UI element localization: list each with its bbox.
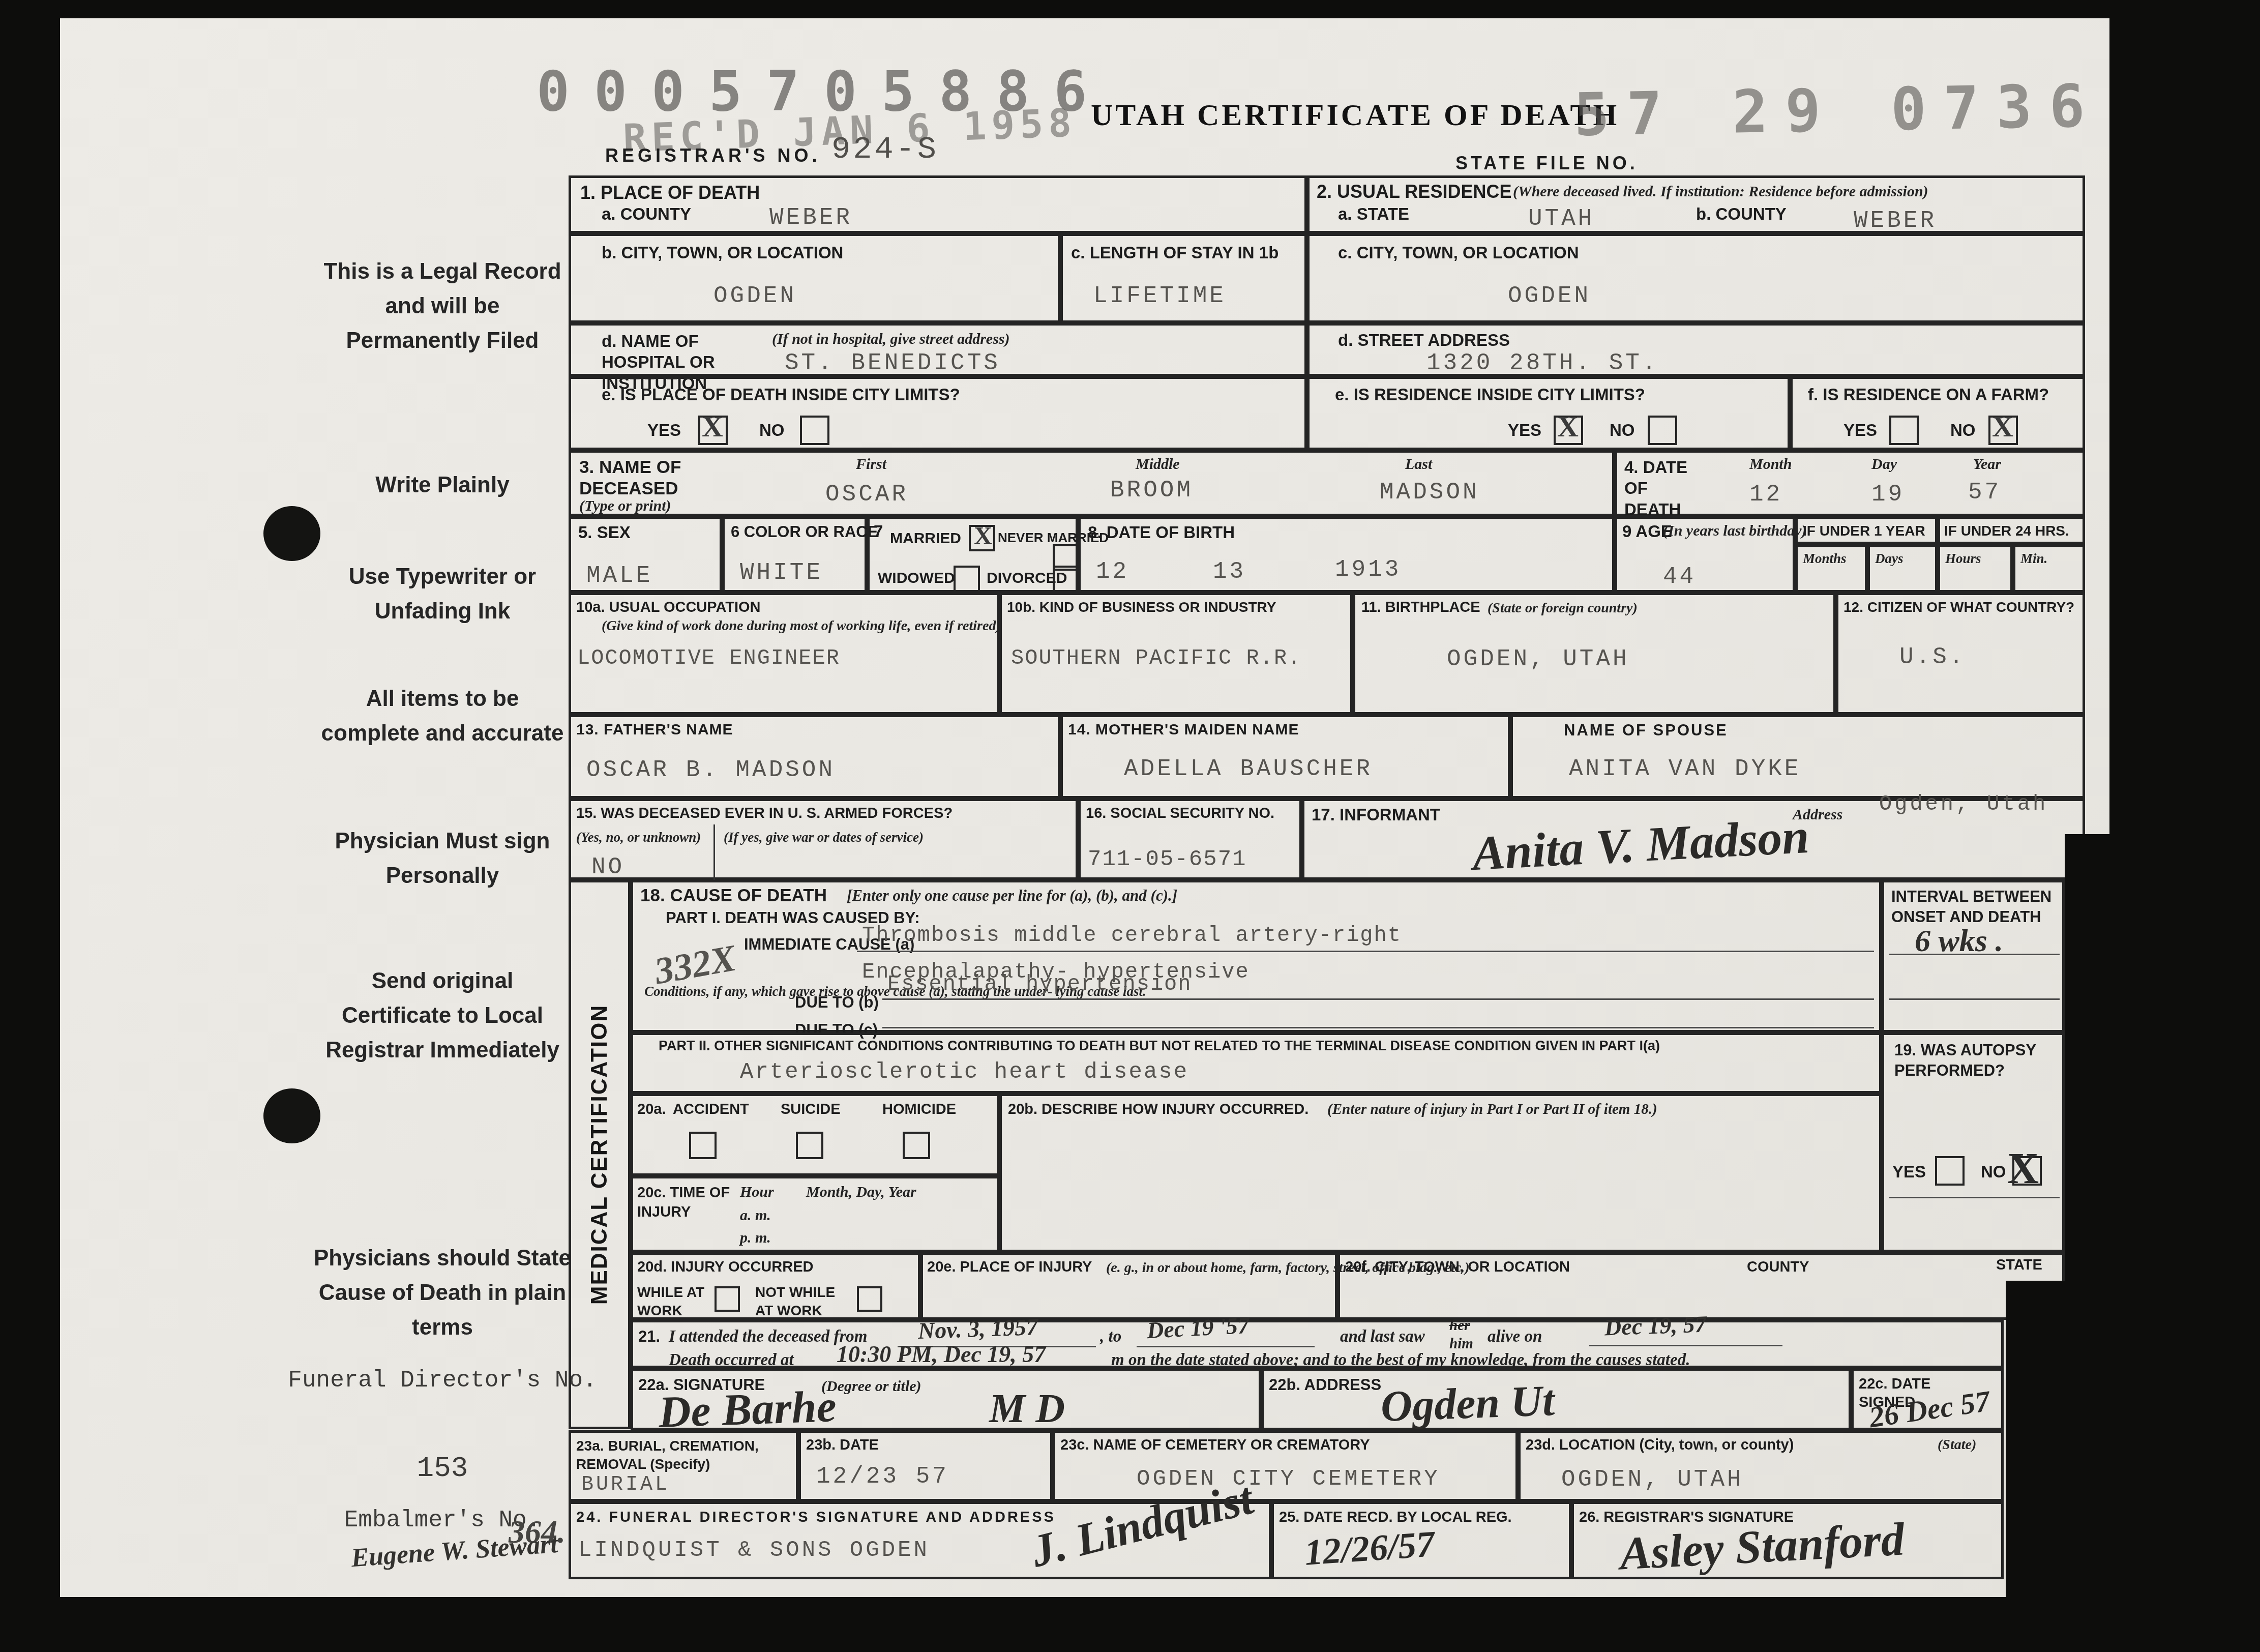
field-18-interval-label: INTERVAL BETWEEN ONSET AND DEATH <box>1891 887 2059 928</box>
field-18-part2-value: Arteriosclerotic heart disease <box>740 1059 1188 1085</box>
field-1c-length-of-stay: c. LENGTH OF STAY IN 1b LIFETIME <box>1060 233 1307 323</box>
field-22a-degree-value: M D <box>989 1386 1065 1432</box>
field-21-from-value: Nov. 3, 1957 <box>917 1313 1038 1344</box>
field-11-value: OGDEN, UTAH <box>1447 646 1629 672</box>
field-19-yes-checkbox <box>1935 1156 1965 1186</box>
field-2f-no-label: NO <box>1950 421 1976 440</box>
field-23c-label: 23c. NAME OF CEMETERY OR CREMATORY <box>1060 1437 1370 1454</box>
field-8-date-of-birth: 8. DATE OF BIRTH 12 13 1913 <box>1078 516 1615 593</box>
field-1e-no-label: NO <box>759 421 785 440</box>
field-3-note: (Type or print) <box>579 497 671 515</box>
scan-edge-left <box>0 0 60 1652</box>
field-25-label: 25. DATE RECD. BY LOCAL REG. <box>1279 1509 1512 1526</box>
field-10a-occupation: 10a. USUAL OCCUPATION (Give kind of work… <box>569 593 999 715</box>
field-2a-value: UTAH <box>1528 205 1594 232</box>
field-23a-burial: 23a. BURIAL, CREMATION, REMOVAL (Specify… <box>569 1430 798 1501</box>
field-23b-value: 12/23 57 <box>816 1463 949 1490</box>
field-20b-label: 20b. DESCRIBE HOW INJURY OCCURRED. <box>1008 1101 1309 1118</box>
field-10a-value: LOCOMOTIVE ENGINEER <box>577 646 840 670</box>
punch-hole-bottom <box>263 1088 320 1143</box>
field-19-no-checkbox: X <box>2012 1156 2042 1186</box>
field-22b-address: 22b. ADDRESS Ogden Ut <box>1261 1368 1851 1430</box>
field-11-note: (State or foreign country) <box>1488 600 1638 616</box>
field-1e-yes-checkbox: X <box>698 416 728 445</box>
field-20a-accident-checkbox <box>689 1132 717 1159</box>
field-2-note: (Where deceased lived. If institution: R… <box>1513 183 1928 200</box>
field-20e-note: (e. g., in or about home, farm, factory,… <box>954 1259 1330 1277</box>
field-7-married-label: MARRIED <box>890 530 961 547</box>
margin-physician-sign: Physician Must sign Personally <box>315 824 570 893</box>
field-21-to-word: , to <box>1100 1327 1121 1346</box>
field-9-days: Days <box>1867 544 1938 593</box>
field-23c-cemetery: 23c. NAME OF CEMETERY OR CREMATORY OGDEN… <box>1053 1430 1518 1501</box>
field-4-year-label: Year <box>1973 456 2001 473</box>
field-25-value: 12/26/57 <box>1303 1523 1436 1574</box>
field-21-attended: 21. I attended the deceased from Nov. 3,… <box>631 1320 2004 1368</box>
field-2e-no-label: NO <box>1610 421 1635 440</box>
field-19-no-label: NO <box>1981 1162 2006 1182</box>
field-21-death-post: m on the date stated above; and to the b… <box>1111 1351 1690 1370</box>
field-1a-place-of-death: 1. PLACE OF DEATH a. COUNTY WEBER <box>569 175 1307 233</box>
funeral-directors-no-value: 153 <box>285 1447 600 1490</box>
field-20c-hour-label: Hour <box>740 1184 774 1201</box>
field-1d-hospital: d. NAME OF HOSPITAL OR INSTITUTION (If n… <box>569 323 1307 376</box>
field-3-title: 3. NAME OF DECEASED <box>579 457 711 499</box>
field-1e-yes-label: YES <box>647 421 681 440</box>
field-20b-describe-injury: 20b. DESCRIBE HOW INJURY OCCURRED. (Ente… <box>999 1094 1882 1252</box>
field-20a-homicide-label: HOMICIDE <box>882 1101 956 1118</box>
death-certificate-scan: 0005705886 REC'D JAN 6 1958 UTAH CERTIFI… <box>0 0 2260 1652</box>
registrars-no-label: REGISTRAR'S NO. <box>605 145 821 166</box>
field-1a-label: a. COUNTY <box>602 204 691 224</box>
field-2f-yes-label: YES <box>1843 421 1877 440</box>
field-21-lastseen-underline <box>1589 1345 1782 1346</box>
field-9-months-label: Months <box>1803 551 1847 567</box>
field-18-cause-a-line1: Thrombosis middle cerebral artery-right <box>862 923 1402 948</box>
margin-write-plainly: Write Plainly <box>315 468 570 503</box>
field-1b-city: b. CITY, TOWN, OR LOCATION OGDEN <box>569 233 1060 323</box>
field-1e-no-checkbox <box>800 416 829 445</box>
field-18-cause-a-underline <box>857 951 1874 952</box>
field-15-note2: (If yes, give war or dates of service) <box>724 830 924 845</box>
field-18-cause-b-underline <box>882 998 1874 1000</box>
field-20a-accident-label: ACCIDENT <box>673 1101 749 1118</box>
field-20f-injury-location: 20f. CITY, TOWN, OR LOCATION COUNTY STAT… <box>1337 1252 2065 1320</box>
field-8-month-value: 12 <box>1096 558 1129 585</box>
field-3-name-of-deceased: 3. NAME OF DECEASED (Type or print) Firs… <box>569 450 1615 516</box>
field-1b-value: OGDEN <box>713 283 796 309</box>
field-20d-while-checkbox <box>715 1286 740 1312</box>
margin-complete: All items to be complete and accurate <box>315 682 570 751</box>
field-14-mother: 14. MOTHER'S MAIDEN NAME ADELLA BAUSCHER <box>1060 715 1510 799</box>
field-9-min: Min. <box>2013 544 2085 593</box>
field-14-label: 14. MOTHER'S MAIDEN NAME <box>1068 721 1299 739</box>
field-23a-value: BURIAL <box>581 1473 670 1496</box>
field-20d-notwhile-checkbox <box>857 1286 882 1312</box>
field-19-yes-label: YES <box>1892 1162 1926 1182</box>
field-12-label: 12. CITIZEN OF WHAT COUNTRY? <box>1843 599 2074 615</box>
field-4-month-value: 12 <box>1749 481 1782 508</box>
field-1e-city-limits: e. IS PLACE OF DEATH INSIDE CITY LIMITS?… <box>569 376 1307 450</box>
scan-edge-bottom <box>0 1597 2260 1652</box>
field-2c-label: c. CITY, TOWN, OR LOCATION <box>1338 243 1579 262</box>
field-1b-label: b. CITY, TOWN, OR LOCATION <box>602 243 843 262</box>
field-9-months: Months <box>1795 544 1867 593</box>
field-21-him-text: him <box>1449 1336 1473 1352</box>
field-22b-label: 22b. ADDRESS <box>1269 1376 1381 1394</box>
field-25-date-received: 25. DATE RECD. BY LOCAL REG. 12/26/57 <box>1271 1501 1571 1579</box>
field-18-interval: INTERVAL BETWEEN ONSET AND DEATH 6 wks . <box>1882 880 2065 1032</box>
field-2e-yes-label: YES <box>1508 421 1541 440</box>
field-23d-location: 23d. LOCATION (City, town, or county) (S… <box>1518 1430 2004 1501</box>
field-20d-label: 20d. INJURY OCCURRED <box>637 1259 813 1276</box>
field-21-lastseen-value: Dec 19, 57 <box>1604 1311 1707 1341</box>
field-2e-yes-mark: X <box>1553 409 1583 444</box>
field-18-cause-of-death: 18. CAUSE OF DEATH [Enter only one cause… <box>631 880 1882 1032</box>
punch-hole-top <box>263 506 320 561</box>
field-23b-date: 23b. DATE 12/23 57 <box>798 1430 1053 1501</box>
field-9-hours: Hours <box>1938 544 2013 593</box>
field-2e-no-checkbox <box>1648 416 1677 445</box>
field-4-date-of-death: 4. DATE OF DEATH Month Day Year 12 19 57 <box>1615 450 2085 516</box>
field-16-ssn: 16. SOCIAL SECURITY NO. 711-05-6571 <box>1078 799 1302 880</box>
medical-certification-label: MEDICAL CERTIFICATION <box>587 1005 612 1305</box>
field-17-address-value: Ogden, Utah <box>1879 792 2048 816</box>
field-22b-value: Ogden Ut <box>1380 1375 1555 1432</box>
field-9-note: (In years last birthday) <box>1663 522 1790 540</box>
field-11-birthplace: 11. BIRTHPLACE (State or foreign country… <box>1353 593 1836 715</box>
field-21-her-crossed: her <box>1449 1317 1470 1334</box>
field-15-label: 15. WAS DECEASED EVER IN U. S. ARMED FOR… <box>576 805 953 822</box>
field-20c-label: 20c. TIME OF INJURY <box>637 1184 734 1222</box>
field-10a-label: 10a. USUAL OCCUPATION <box>576 599 761 616</box>
field-9-under24-label: IF UNDER 24 HRS. <box>1944 523 2069 539</box>
scan-edge-top <box>0 0 2260 18</box>
field-20e-place-of-injury: 20e. PLACE OF INJURY (e. g., in or about… <box>920 1252 1337 1320</box>
field-7-married-mark: X <box>968 521 998 550</box>
field-18-conditions-note: Conditions, if any, which gave rise to a… <box>644 983 789 1000</box>
field-20d-injury-occurred: 20d. INJURY OCCURRED WHILE AT WORK NOT W… <box>631 1252 920 1320</box>
field-1d-value: ST. BENEDICTS <box>785 350 1000 376</box>
field-20a-suicide-label: SUICIDE <box>781 1101 841 1118</box>
field-19-underline <box>1889 1197 2060 1198</box>
field-2f-farm: f. IS RESIDENCE ON A FARM? YES NO X <box>1790 376 2085 450</box>
field-8-year-value: 1913 <box>1335 556 1401 583</box>
field-7-marital-status: 7 MARRIED X NEVER MARRIED WIDOWED DIVORC… <box>867 516 1078 593</box>
field-9-under-24-hrs: IF UNDER 24 HRS. <box>1938 516 2085 544</box>
field-9-value: 44 <box>1663 564 1696 590</box>
field-20f-label: 20f. CITY, TOWN, OR LOCATION <box>1345 1259 1570 1276</box>
field-10b-value: SOUTHERN PACIFIC R.R. <box>1011 646 1301 670</box>
field-9-age: 9 AGE (In years last birthday) 44 <box>1615 516 1795 593</box>
field-15-armed-forces: 15. WAS DECEASED EVER IN U. S. ARMED FOR… <box>569 799 1078 880</box>
field-22c-date-signed: 22c. DATE SIGNED 26 Dec 57 <box>1851 1368 2004 1430</box>
field-20b-note: (Enter nature of injury in Part I or Par… <box>1327 1101 1657 1118</box>
field-7-divorced-checkbox <box>1053 566 1079 592</box>
field-18-cause-c-underline <box>882 1027 1874 1028</box>
field-4-year-value: 57 <box>1968 479 2001 506</box>
certificate-title: UTAH CERTIFICATE OF DEATH <box>1091 98 1619 133</box>
field-2b-value: WEBER <box>1854 208 1937 234</box>
field-16-value: 711-05-6571 <box>1088 847 1246 872</box>
field-6-value: WHITE <box>740 559 823 586</box>
field-3-first-label: First <box>856 456 886 473</box>
field-17-informant: 17. INFORMANT Address Ogden, Utah Anita … <box>1302 799 2085 880</box>
field-15-note1: (Yes, no, or unknown) <box>576 830 701 845</box>
field-5-sex: 5. SEX MALE <box>569 516 722 593</box>
field-spouse-value: ANITA VAN DYKE <box>1569 756 1801 782</box>
field-1e-label: e. IS PLACE OF DEATH INSIDE CITY LIMITS? <box>602 385 960 404</box>
field-3-last-value: MADSON <box>1380 479 1479 506</box>
field-5-value: MALE <box>586 563 652 589</box>
field-21-death-pre: Death occurred at <box>669 1351 794 1370</box>
field-17-label: 17. INFORMANT <box>1312 805 1440 824</box>
field-20a-homicide-checkbox <box>903 1132 930 1159</box>
field-23d-value: OGDEN, UTAH <box>1561 1466 1744 1493</box>
state-file-number-stamp: 57 29 0736 <box>1573 72 2103 150</box>
field-2ab-residence: 2. USUAL RESIDENCE (Where deceased lived… <box>1307 175 2085 233</box>
field-2f-yes-checkbox <box>1889 416 1919 445</box>
field-17-informant-signature: Anita V. Madson <box>1471 808 1810 882</box>
field-7-widowed-checkbox <box>954 566 980 592</box>
field-2a-label: a. STATE <box>1338 204 1409 224</box>
field-18-interval-line1 <box>1889 954 2060 955</box>
field-23b-label: 23b. DATE <box>806 1437 879 1454</box>
field-4-title: 4. DATE OF DEATH <box>1624 457 1701 520</box>
field-19-label: 19. WAS AUTOPSY PERFORMED? <box>1894 1040 2057 1081</box>
field-22a-degree-note: (Degree or title) <box>821 1378 921 1395</box>
field-9-hours-label: Hours <box>1945 551 1981 567</box>
field-7-widowed-label: WIDOWED <box>878 570 955 587</box>
field-8-day-value: 13 <box>1213 558 1246 585</box>
field-23d-state-note: (State) <box>1938 1437 1976 1453</box>
field-15-value: NO <box>591 854 625 880</box>
funeral-directors-no-label: Funeral Director's No. <box>285 1363 600 1398</box>
field-8-label: 8. DATE OF BIRTH <box>1088 523 1235 542</box>
field-2b-label: b. COUNTY <box>1696 204 1787 224</box>
field-13-label: 13. FATHER'S NAME <box>576 721 733 739</box>
field-20d-notwhile-label: NOT WHILE AT WORK <box>755 1283 847 1320</box>
field-9-under1-label: IF UNDER 1 YEAR <box>1803 523 1925 539</box>
state-file-no-label: STATE FILE NO. <box>1455 153 1638 174</box>
field-1c-label: c. LENGTH OF STAY IN 1b <box>1071 243 1278 262</box>
field-20a-number: 20a. <box>637 1101 666 1118</box>
field-3-middle-value: BROOM <box>1110 477 1193 504</box>
field-21-to-value: Dec 19 '57 <box>1146 1312 1250 1344</box>
field-2c-value: OGDEN <box>1508 283 1591 309</box>
field-12-citizen: 12. CITIZEN OF WHAT COUNTRY? U.S. <box>1836 593 2085 715</box>
field-18-part2: PART II. OTHER SIGNIFICANT CONDITIONS CO… <box>631 1032 1882 1094</box>
field-2f-no-mark: X <box>1987 409 2018 444</box>
field-3-first-value: OSCAR <box>825 481 908 508</box>
field-19-no-mark: X <box>2007 1143 2038 1194</box>
field-23a-label: 23a. BURIAL, CREMATION, REMOVAL (Specify… <box>576 1437 780 1474</box>
field-16-label: 16. SOCIAL SECURITY NO. <box>1086 805 1274 822</box>
margin-legal-record: This is a Legal Record and will be Perma… <box>315 254 570 359</box>
field-2-title: 2. USUAL RESIDENCE <box>1317 181 1511 202</box>
field-20f-state-label: STATE <box>1996 1257 2042 1274</box>
field-15-divider <box>713 824 715 880</box>
field-7-married-checkbox: X <box>969 525 995 551</box>
field-21-death-time-value: 10:30 PM, Dec 19, 57 <box>837 1341 1046 1368</box>
field-1c-value: LIFETIME <box>1093 283 1226 309</box>
field-4-day-label: Day <box>1871 456 1897 473</box>
registrars-no-value: 924-S <box>831 131 939 167</box>
field-23d-label: 23d. LOCATION (City, town, or county) <box>1526 1437 1794 1454</box>
field-14-value: ADELLA BAUSCHER <box>1124 756 1373 782</box>
field-18-label: 18. CAUSE OF DEATH <box>640 886 827 906</box>
field-3-last-label: Last <box>1405 456 1432 473</box>
field-24-funeral-director: 24. FUNERAL DIRECTOR'S SIGNATURE AND ADD… <box>569 1501 1271 1579</box>
field-9-min-label: Min. <box>2020 551 2047 567</box>
field-spouse-label: NAME OF SPOUSE <box>1564 721 1728 740</box>
field-9-under-1-year: IF UNDER 1 YEAR <box>1795 516 1938 544</box>
field-3-middle-label: Middle <box>1136 456 1180 473</box>
field-2e-city-limits: e. IS RESIDENCE INSIDE CITY LIMITS? YES … <box>1307 376 1790 450</box>
field-4-day-value: 19 <box>1871 481 1905 508</box>
field-18-due-b-label: DUE TO (b) <box>795 993 879 1012</box>
field-2e-yes-checkbox: X <box>1554 416 1583 445</box>
field-spouse: NAME OF SPOUSE ANITA VAN DYKE <box>1510 715 2085 799</box>
field-1-title: 1. PLACE OF DEATH <box>580 182 760 203</box>
field-5-label: 5. SEX <box>578 523 631 542</box>
field-2f-no-checkbox: X <box>1988 416 2018 445</box>
margin-typewriter: Use Typewriter or Unfading Ink <box>315 559 570 629</box>
field-18-interval-line2 <box>1889 998 2060 1000</box>
scan-edge-corner <box>2006 1281 2260 1652</box>
field-20a-accident: 20a. ACCIDENT SUICIDE HOMICIDE <box>631 1094 999 1176</box>
field-21-number: 21. <box>638 1327 660 1346</box>
field-2d-value: 1320 28TH. ST. <box>1426 350 1658 376</box>
field-21-mid-text: and last saw <box>1340 1327 1425 1346</box>
field-10b-industry: 10b. KIND OF BUSINESS OR INDUSTRY SOUTHE… <box>999 593 1353 715</box>
field-20c-mdy-label: Month, Day, Year <box>806 1184 916 1201</box>
field-24-label: 24. FUNERAL DIRECTOR'S SIGNATURE AND ADD… <box>576 1509 1056 1526</box>
field-26-registrar: 26. REGISTRAR'S SIGNATURE Asley Stanford <box>1571 1501 2004 1579</box>
field-1d-note: (If not in hospital, give street address… <box>772 331 1010 348</box>
field-18-cause-b-value: Essential hypertension <box>887 972 1192 996</box>
field-2f-label: f. IS RESIDENCE ON A FARM? <box>1808 385 2049 404</box>
field-10b-label: 10b. KIND OF BUSINESS OR INDUSTRY <box>1007 599 1276 615</box>
field-12-value: U.S. <box>1899 644 1966 670</box>
field-2d-label: d. STREET ADDRESS <box>1338 331 1510 350</box>
field-20a-suicide-checkbox <box>796 1132 823 1159</box>
field-1e-yes-mark: X <box>697 409 728 444</box>
field-18-part2-label: PART II. OTHER SIGNIFICANT CONDITIONS CO… <box>659 1038 1660 1054</box>
field-6-label: 6 COLOR OR RACE <box>731 523 878 541</box>
margin-send-original: Send original Certificate to Local Regis… <box>315 964 570 1068</box>
field-13-father: 13. FATHER'S NAME OSCAR B. MADSON <box>569 715 1060 799</box>
field-24-value: LINDQUIST & SONS OGDEN <box>578 1538 930 1563</box>
field-2e-label: e. IS RESIDENCE INSIDE CITY LIMITS? <box>1335 385 1645 404</box>
field-1a-value: WEBER <box>769 204 852 231</box>
field-10a-note: (Give kind of work done during most of w… <box>602 617 988 635</box>
field-11-label: 11. BIRTHPLACE <box>1361 599 1480 616</box>
field-4-month-label: Month <box>1749 456 1792 473</box>
field-7-number: 7 <box>874 522 883 541</box>
margin-plain-terms: Physicians should State Cause of Death i… <box>295 1241 590 1345</box>
field-2d-street: d. STREET ADDRESS 1320 28TH. ST. <box>1307 323 2085 376</box>
field-2c-city: c. CITY, TOWN, OR LOCATION OGDEN <box>1307 233 2085 323</box>
field-19-autopsy: 19. WAS AUTOPSY PERFORMED? YES NO X <box>1882 1032 2065 1252</box>
field-6-color-or-race: 6 COLOR OR RACE WHITE <box>722 516 867 593</box>
field-22a-signature: 22a. SIGNATURE (Degree or title) De Barh… <box>631 1368 1261 1430</box>
field-20f-county-label: COUNTY <box>1747 1259 1809 1276</box>
field-20c-pm-label: p. m. <box>740 1229 771 1247</box>
field-21-to-underline <box>1137 1346 1315 1347</box>
field-21-alive-text: alive on <box>1488 1327 1542 1346</box>
field-13-value: OSCAR B. MADSON <box>586 757 835 783</box>
field-18-label-note: [Enter only one cause per line for (a), … <box>847 887 1177 905</box>
field-20c-time-of-injury: 20c. TIME OF INJURY Hour a. m. p. m. Mon… <box>631 1176 999 1252</box>
field-9-days-label: Days <box>1875 551 1904 567</box>
medical-certification-strip: MEDICAL CERTIFICATION <box>569 880 631 1429</box>
field-20d-while-label: WHILE AT WORK <box>637 1283 713 1320</box>
field-20c-am-label: a. m. <box>740 1207 771 1224</box>
